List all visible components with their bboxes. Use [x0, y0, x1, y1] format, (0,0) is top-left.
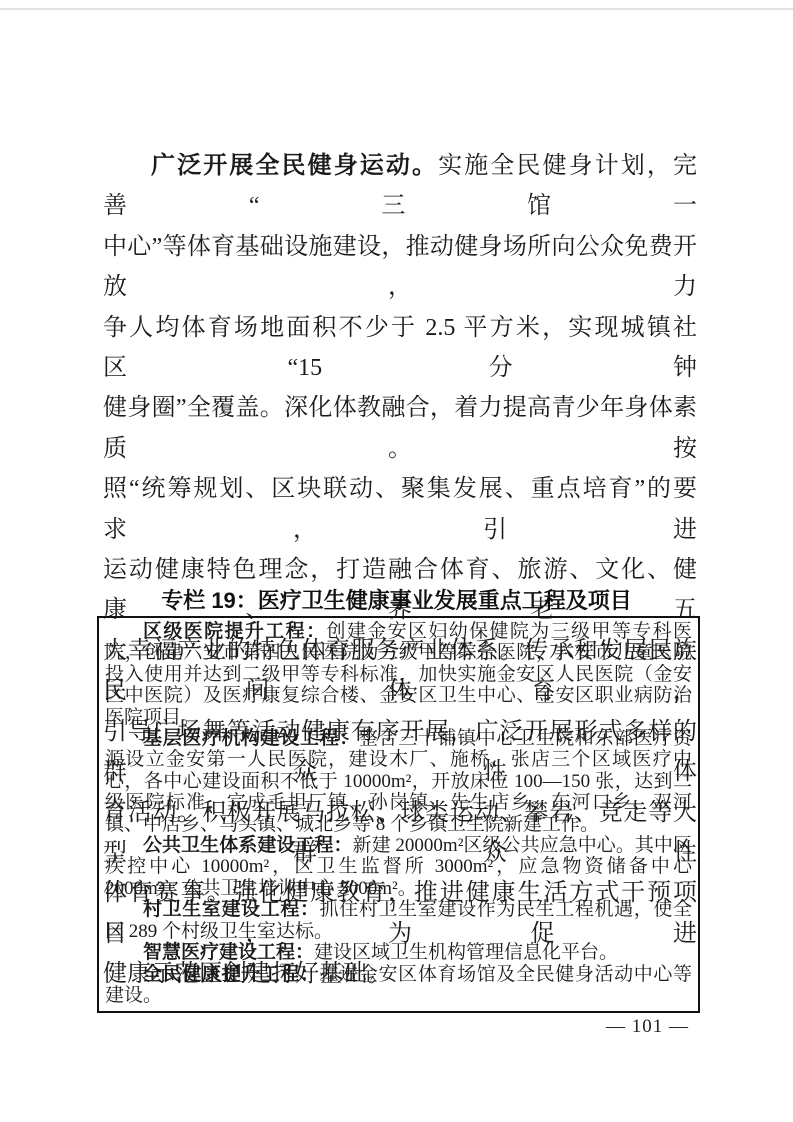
page-number: — 101 — — [606, 1016, 689, 1038]
panel-item-label: 村卫生室建设工程： — [143, 899, 320, 920]
paragraph-line: 健身圈”全覆盖。深化体教融合，着力提高青少年身体素质。按 — [103, 388, 697, 469]
key-projects-panel: 区级医院提升工程：创建金安区妇幼保健院为三级甲等专科医院，创建六安市第四人民医院… — [97, 616, 700, 1013]
panel-item-label: 区级医院提升工程： — [143, 621, 326, 642]
panel-item-label: 公共卫生体系建设工程： — [143, 835, 353, 856]
panel-item-text: 建设区域卫生机构管理信息化平台。 — [314, 942, 618, 963]
panel-item-label: 基层医疗机构建设工程： — [143, 728, 359, 749]
document-page: 广泛开展全民健身运动。实施全民健身计划，完善“三馆一 中心”等体育基础设施建设，… — [0, 0, 793, 1122]
paragraph-bold-lead: 广泛开展全民健身运动。 — [151, 153, 438, 179]
paragraph-line: 争人均体育场地面积不少于 2.5 平方米，实现城镇社区“15 分钟 — [103, 308, 697, 389]
panel-item: 区级医院提升工程：创建金安区妇幼保健院为三级甲等专科医院，创建六安市第四人民医院… — [105, 621, 692, 728]
panel-title: 专栏 19：医疗卫生健康事业发展重点工程及项目 — [0, 584, 793, 615]
paragraph-line: 中心”等体育基础设施建设，推动健身场所向公众免费开放，力 — [103, 227, 697, 308]
panel-item-label: 智慧医疗建设工程： — [143, 942, 314, 963]
panel-item: 智慧医疗建设工程：建设区域卫生机构管理信息化平台。 — [105, 942, 692, 963]
paragraph-line: 照“统筹规划、区块联动、聚集发展、重点培育”的要求，引进 — [103, 469, 697, 550]
paragraph-line: 广泛开展全民健身运动。实施全民健身计划，完善“三馆一 — [103, 146, 697, 227]
panel-item-label: 全民健康提升工程： — [143, 964, 320, 985]
panel-item: 村卫生室建设工程：抓住村卫生室建设作为民生工程机遇，使全区 289 个村级卫生室… — [105, 899, 692, 942]
scan-edge-artifact — [0, 8, 793, 10]
panel-item: 全民健康提升工程：推进金安区体育场馆及全民健身活动中心等建设。 — [105, 964, 692, 1007]
panel-item: 公共卫生体系建设工程：新建 20000m²区级公共应急中心。其中区疾控中心 10… — [105, 835, 692, 899]
panel-item: 基层医疗机构建设工程：整合三十铺镇中心卫生院和东部医疗资源设立金安第一人民医院，… — [105, 728, 692, 835]
